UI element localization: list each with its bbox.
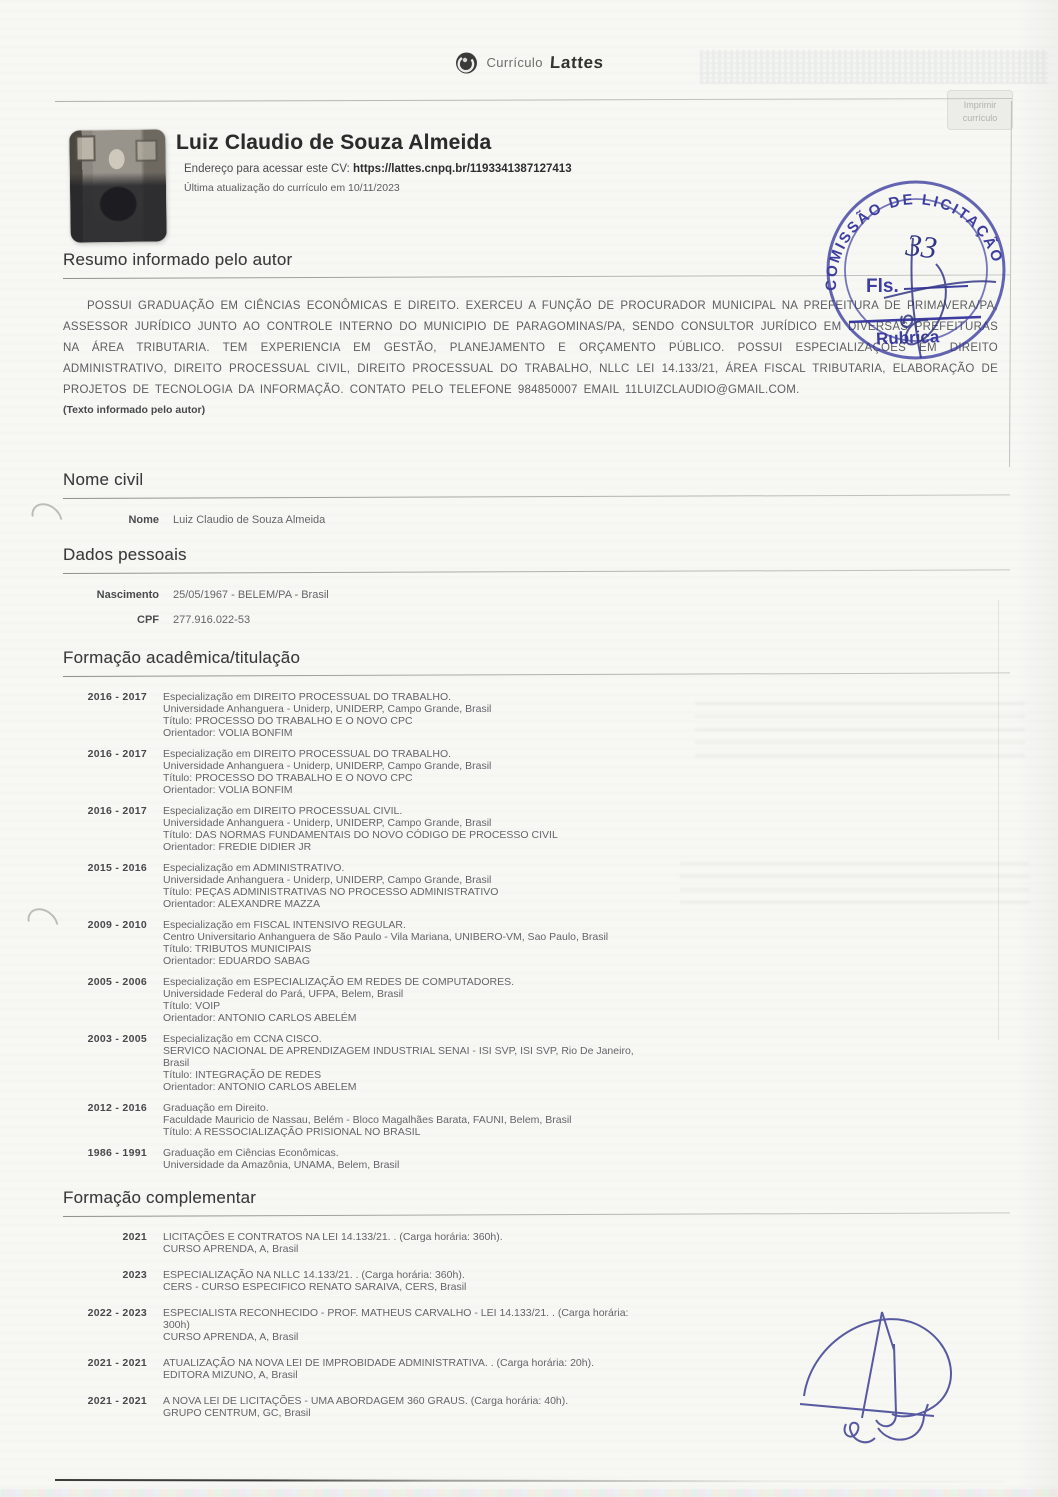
entry-period: 2023 [63,1269,163,1293]
cv-address-label: Endereço para acessar este CV: [184,163,353,175]
entry-description: Especialização em FISCAL INTENSIVO REGUL… [163,919,903,967]
section-divider [63,494,1010,499]
entry-description: Especialização em DIREITO PROCESSUAL CIV… [163,805,903,853]
row-label: CPF [63,614,173,626]
education-entry: 2009 - 2010 Especialização em FISCAL INT… [63,919,1010,967]
entry-description: Especialização em CCNA CISCO. SERVICO NA… [163,1033,903,1093]
entry-description: A NOVA LEI DE LICITAÇÕES - UMA ABORDAGEM… [163,1395,643,1419]
entry-period: 2021 - 2021 [63,1357,163,1381]
cv-address-line: Endereço para acessar este CV: https://l… [184,163,572,175]
entry-description: Graduação em Direito. Faculdade Mauricio… [163,1102,903,1138]
entry-period: 2003 - 2005 [63,1033,163,1093]
bleed-through-artifact [695,695,1025,757]
section-divider [63,672,1010,677]
entry-description: Especialização em ESPECIALIZAÇÃO EM REDE… [163,976,903,1024]
personal-data-row: CPF 277.916.022-53 [63,614,1010,626]
education-entry: 1986 - 1991 Graduação em Ciências Econôm… [63,1147,1010,1171]
last-update-line: Última atualização do currículo em 10/11… [184,182,400,194]
binder-mark [26,497,69,539]
entry-period: 2022 - 2023 [63,1307,163,1343]
entry-period: 1986 - 1991 [63,1147,163,1171]
handwritten-signature [782,1296,1010,1448]
licitacao-stamp: COMISSÃO DE LICITAÇÃO Fls. Rubrica 33 [816,166,1016,371]
dados-pessoais-rows: Nascimento 25/05/1967 - BELEM/PA - Brasi… [63,589,1010,626]
entry-period: 2021 - 2021 [63,1395,163,1419]
education-entry: 2005 - 2006 Especialização em ESPECIALIZ… [63,976,1010,1024]
section-dados-pessoais: Dados pessoais Nascimento 25/05/1967 - B… [63,545,1010,639]
entry-description: ATUALIZAÇÃO NA NOVA LEI DE IMPROBIDADE A… [163,1357,643,1381]
entry-period: 2016 - 2017 [63,691,163,739]
scanned-lattes-cv-page: Currículo Lattes Imprimir currículo Luiz… [0,0,1058,1497]
entry-description: ESPECIALIZAÇÃO NA NLLC 14.133/21. . (Car… [163,1269,643,1293]
personal-data-row: Nascimento 25/05/1967 - BELEM/PA - Brasi… [63,589,1010,601]
entry-description: LICITAÇÕES E CONTRATOS NA LEI 14.133/21.… [163,1231,643,1255]
section-divider [63,569,1010,574]
personal-data-row: Nome Luiz Claudio de Souza Almeida [63,514,1010,526]
entry-period: 2016 - 2017 [63,748,163,796]
photo-background-frame [77,137,93,159]
person-name: Luiz Claudio de Souza Almeida [176,131,491,155]
logo-text-lattes: Lattes [549,53,604,73]
binder-mark [22,902,65,944]
scan-color-noise-strip [0,1489,1058,1497]
logo-text-curriculo: Currículo [486,55,542,70]
row-value: 277.916.022-53 [173,614,250,626]
entry-period: 2009 - 2010 [63,919,163,967]
course-entry: 2021 LICITAÇÕES E CONTRATOS NA LEI 14.13… [63,1231,1010,1255]
entry-description: Graduação em Ciências Econômicas. Univer… [163,1147,903,1171]
entry-period: 2021 [63,1231,163,1255]
row-value: 25/05/1967 - BELEM/PA - Brasil [173,589,329,601]
stamp-handwritten-folio-number: 33 [903,227,939,266]
resumo-footnote: (Texto informado pelo autor) [63,404,1010,416]
photo-background-frame [137,141,155,159]
section-nome-civil: Nome civil Nome Luiz Claudio de Souza Al… [63,470,1010,539]
stamp-fls-label: Fls. [866,276,899,297]
section-title-formacao-complementar: Formação complementar [63,1188,1010,1208]
education-entry: 2012 - 2016 Graduação em Direito. Faculd… [63,1102,1010,1138]
row-label: Nascimento [63,589,173,601]
lattes-logo-icon [454,50,479,75]
sheet-top-edge [55,98,1012,102]
entry-period: 2016 - 2017 [63,805,163,853]
section-title-formacao-academica: Formação acadêmica/titulação [63,648,1010,668]
entry-period: 2012 - 2016 [63,1102,163,1138]
row-label: Nome [63,514,173,526]
scan-bottom-line [55,1479,1005,1483]
entry-description: ESPECIALISTA RECONHECIDO - PROF. MATHEUS… [163,1307,643,1343]
cv-url-link[interactable]: https://lattes.cnpq.br/1193341387127413 [353,163,572,175]
section-title-nome-civil: Nome civil [63,470,1010,490]
section-title-dados-pessoais: Dados pessoais [63,545,1010,565]
bleed-through-artifact [680,858,1030,904]
entry-period: 2005 - 2006 [63,976,163,1024]
row-value: Luiz Claudio de Souza Almeida [173,514,325,526]
scan-noise-band [700,50,1048,84]
academic-entries: 2016 - 2017 Especialização em DIREITO PR… [63,691,1010,1171]
print-curriculo-button[interactable]: Imprimir currículo [947,90,1013,130]
nome-civil-rows: Nome Luiz Claudio de Souza Almeida [63,514,1010,526]
education-entry: 2016 - 2017 Especialização em DIREITO PR… [63,805,1010,853]
course-entry: 2023 ESPECIALIZAÇÃO NA NLLC 14.133/21. .… [63,1269,1010,1293]
entry-period: 2015 - 2016 [63,862,163,910]
profile-photo [69,129,167,242]
section-divider [63,1212,1010,1217]
education-entry: 2003 - 2005 Especialização em CCNA CISCO… [63,1033,1010,1093]
